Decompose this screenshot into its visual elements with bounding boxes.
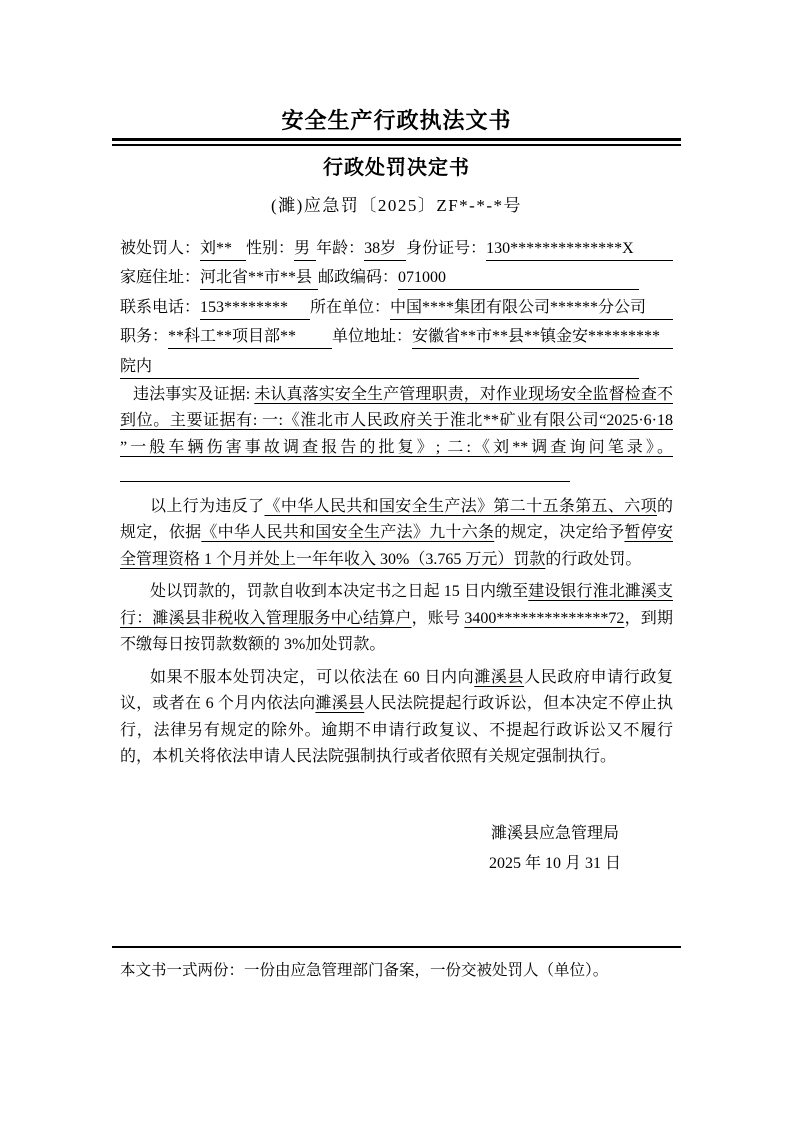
penalty-decision-document: 安全生产行政执法文书 行政处罚决定书 (濉)应急罚〔2025〕ZF*-*-*号 … (0, 0, 793, 1122)
issuing-agency: 濉溪县应急管理局 (489, 819, 621, 849)
text-segment: 的行政处罚。 (545, 551, 641, 568)
underlined-text-segment: 3400**************72 (464, 610, 624, 627)
employer-address-label: 单位地址： (332, 323, 412, 349)
postal-code-value: 071000 (398, 269, 446, 290)
text-segment: 的规定，决定给予 (494, 524, 624, 541)
age-value: 38岁 (364, 235, 406, 261)
underlined-text-segment: 《中华人民共和国安全生产法》第二十五条第五、六项 (264, 498, 656, 515)
field-row-address-continuation: 院内 (120, 349, 673, 379)
position-label: 职务： (120, 323, 168, 349)
facts-trailing-line (120, 481, 570, 482)
legal-basis-paragraph: 以上行为违反了《中华人民共和国安全生产法》第二十五条第五、六项的规定，依据《中华… (120, 494, 673, 574)
gender-value: 男 (294, 235, 316, 261)
employer-label: 所在单位： (310, 294, 390, 320)
header-double-rule (112, 138, 681, 146)
id-number-label: 身份证号： (406, 235, 486, 261)
doc-number: (濉)应急罚〔2025〕ZF*-*-*号 (120, 196, 673, 215)
fields-section: 被处罚人： 刘** 性别： 男 年龄： 38岁 身份证号： 130*******… (120, 231, 673, 379)
person-value: 刘** (200, 235, 246, 261)
signature-block: 濉溪县应急管理局 2025 年 10 月 31 日 (120, 819, 621, 879)
employer-value: 中国****集团有限公司******分公司 (390, 294, 673, 320)
employer-address-value: 安徽省**市**县**镇金安********* (412, 323, 673, 349)
underlined-text-segment: 濉溪县 (474, 669, 524, 686)
text-segment: 如果不服本处罚决定，可以依法在 60 日内向 (150, 669, 474, 686)
payment-paragraph: 处以罚款的，罚款自收到本决定书之日起 15 日内缴至建设银行淮北濉溪支行：濉溪县… (120, 579, 673, 659)
gender-label: 性别： (246, 235, 294, 261)
text-segment: ，账号 (412, 610, 465, 627)
underlined-text-segment: 《中华人民共和国安全生产法》九十六条 (201, 524, 494, 541)
phone-value: 153******** (200, 299, 310, 320)
postal-code-label: 邮政编码： (318, 264, 398, 290)
field-row-home-address: 家庭住址： 河北省**市**县 邮政编码： 071000 (120, 261, 673, 291)
person-label: 被处罚人： (120, 235, 200, 261)
field-row-phone: 联系电话： 153******** 所在单位： 中国****集团有限公司****… (120, 290, 673, 320)
appeal-paragraph: 如果不服本处罚决定，可以依法在 60 日内向濉溪县人民政府申请行政复议，或者在 … (120, 665, 673, 771)
text-segment: 处以罚款的，罚款自收到本决定书之日起 15 日内缴至 (150, 583, 528, 600)
footer-rule (112, 946, 681, 948)
issue-date: 2025 年 10 月 31 日 (489, 849, 621, 879)
address-blank-line (152, 374, 639, 379)
field-row-position: 职务： **科工**项目部** 单位地址： 安徽省**市**县**镇金安****… (120, 320, 673, 350)
footer-note: 本文书一式两份：一份由应急管理部门备案，一份交被处罚人（单位）。 (120, 960, 673, 982)
age-label: 年龄： (316, 235, 364, 261)
facts-paragraph: 违法事实及证据: 未认真落实安全生产管理职责，对作业现场安全监督检查不到位。主要… (120, 382, 673, 488)
position-value: **科工**项目部** (168, 323, 332, 349)
id-number-value: 130**************X (486, 240, 673, 261)
field-row-person: 被处罚人： 刘** 性别： 男 年龄： 38岁 身份证号： 130*******… (120, 231, 673, 261)
phone-label: 联系电话： (120, 294, 200, 320)
home-address-label: 家庭住址： (120, 264, 200, 290)
header-title: 安全生产行政执法文书 (120, 108, 673, 133)
underlined-text-segment: 濉溪县 (315, 695, 364, 712)
facts-label: 违法事实及证据: (133, 386, 254, 403)
text-segment: 以上行为违反了 (150, 498, 264, 515)
home-address-value: 河北省**市**县 (200, 264, 318, 290)
doc-title: 行政处罚决定书 (120, 157, 673, 180)
postal-code-blank-line (446, 285, 639, 290)
employer-address-continuation: 院内 (120, 353, 152, 379)
